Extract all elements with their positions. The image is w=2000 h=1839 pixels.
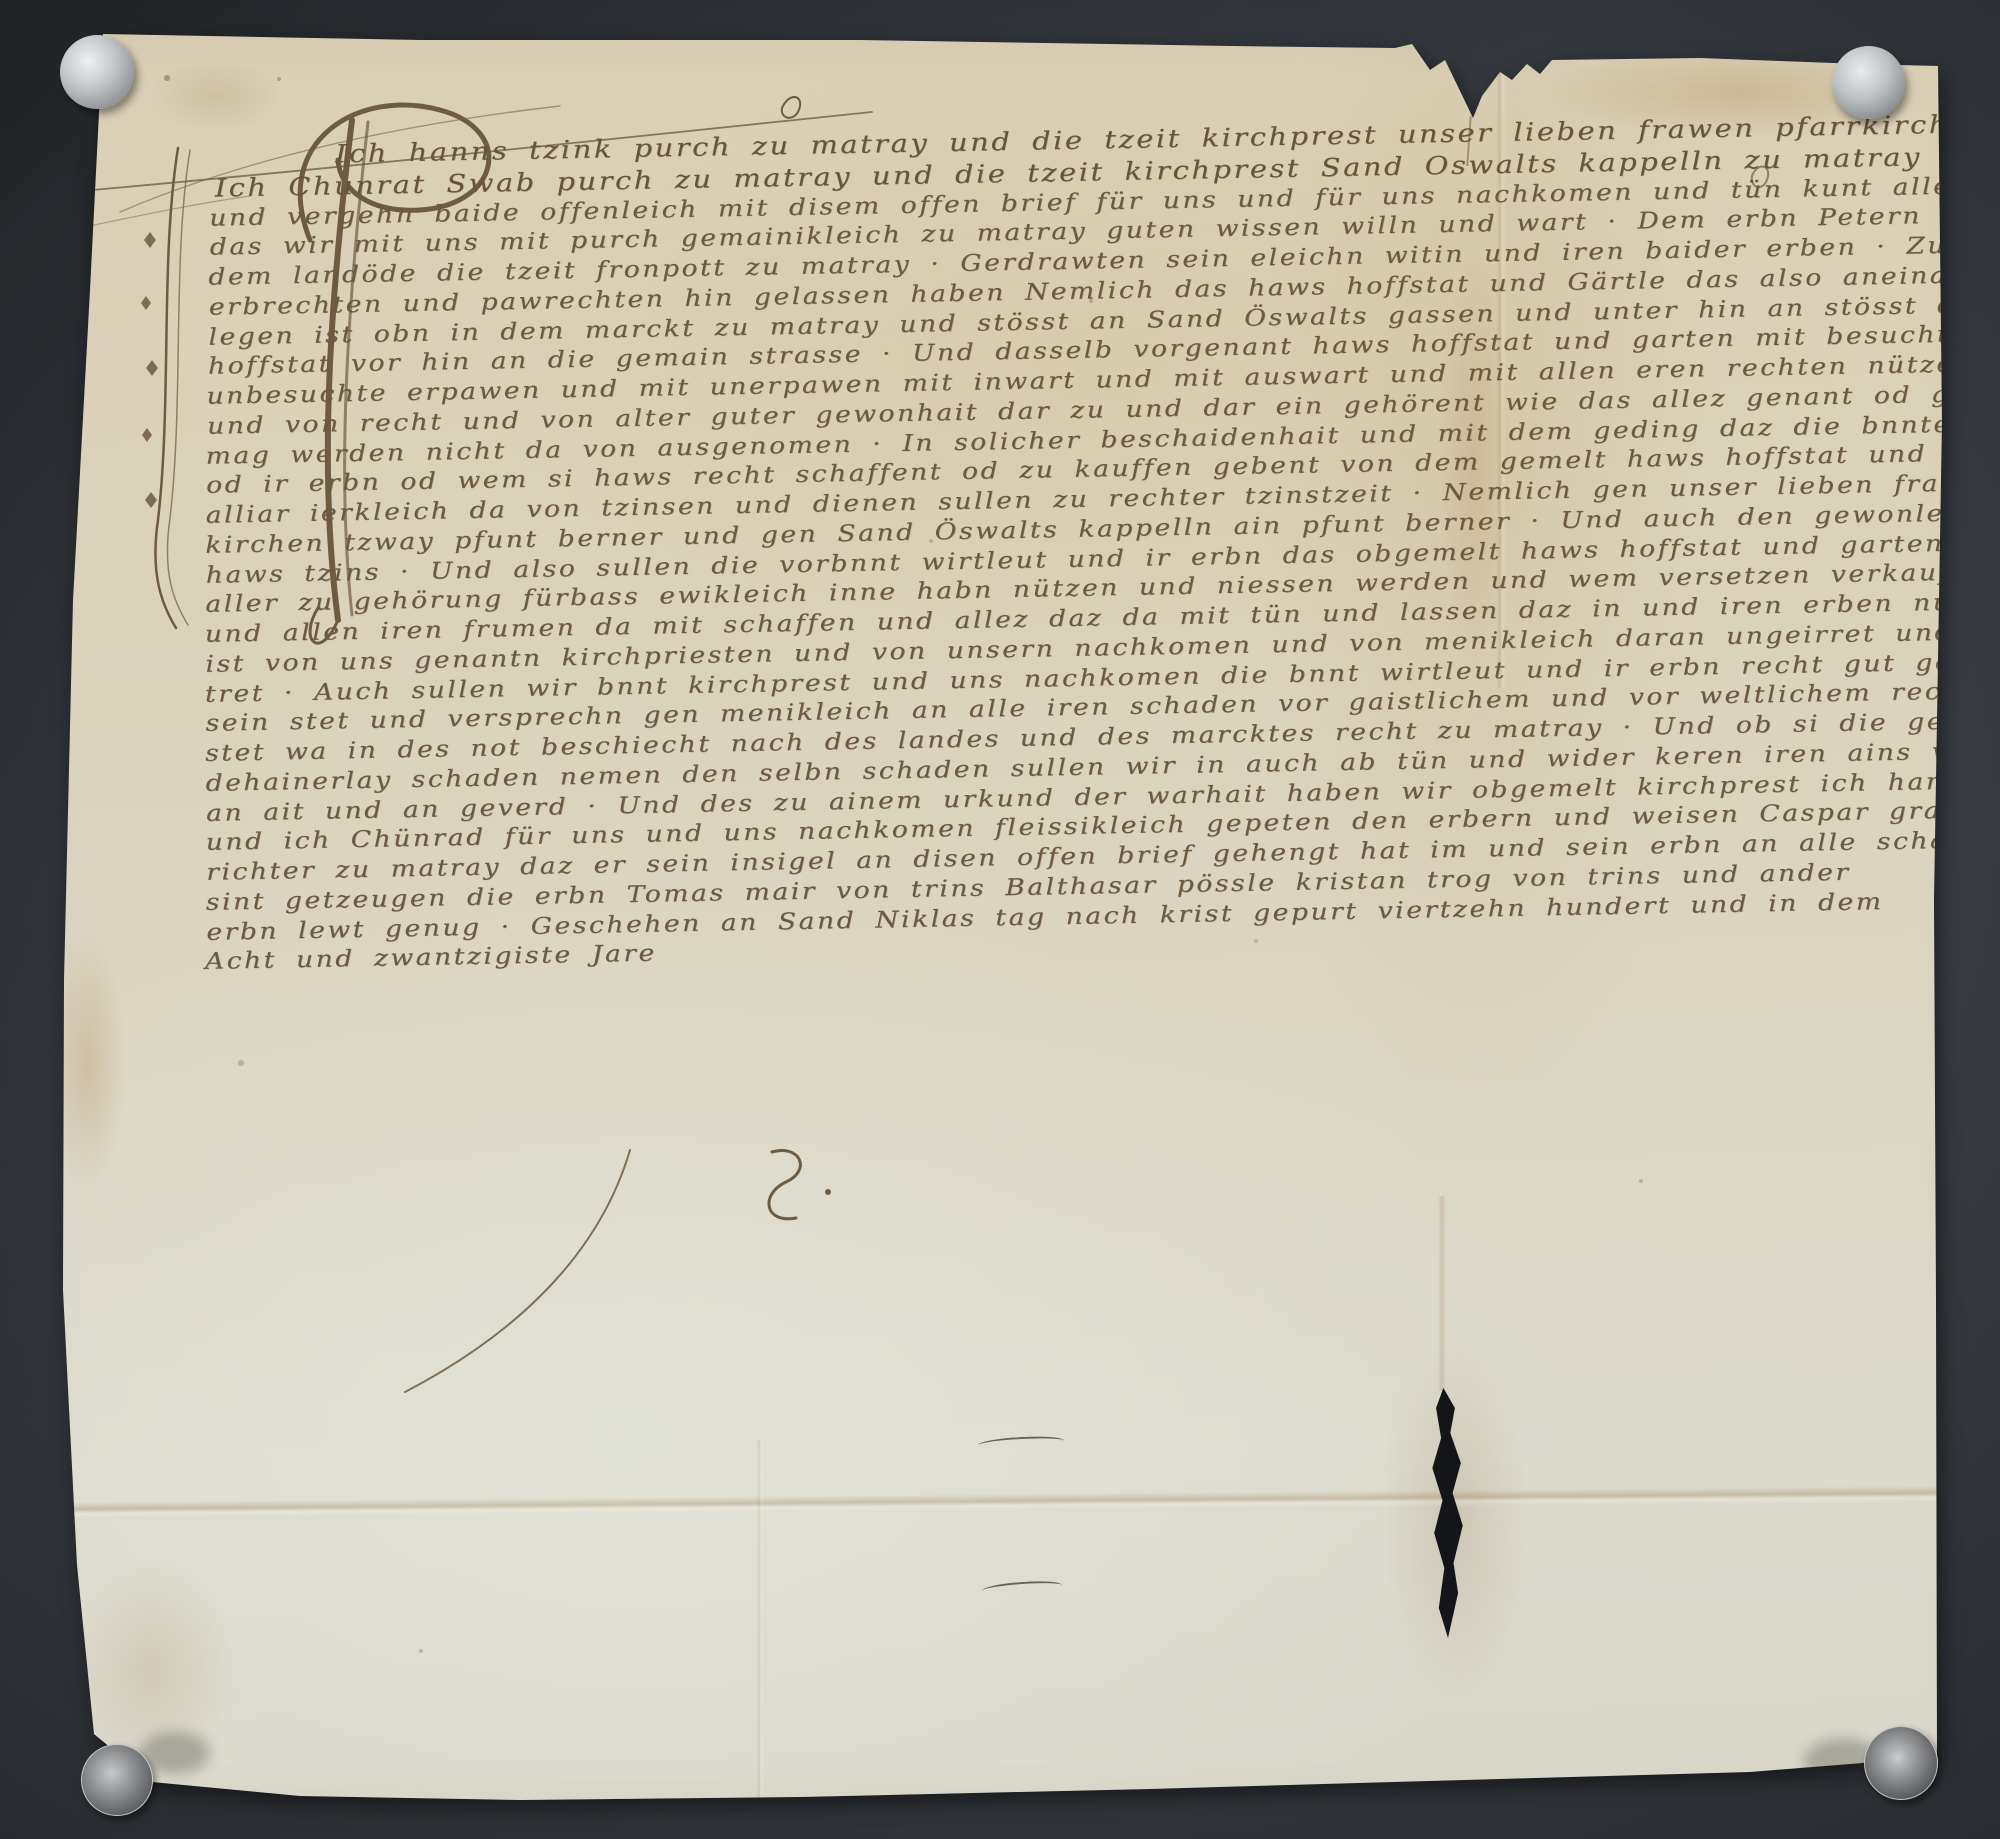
stain-left-edge xyxy=(48,930,126,1200)
parchment-shadow-wrap: Ich hanns tzink purch zu matray und die … xyxy=(0,0,2000,1839)
parchment-charter: Ich hanns tzink purch zu matray und die … xyxy=(0,0,2000,1839)
parchment-slit-hole xyxy=(1425,1388,1471,1638)
metal-weight-pin-bottom-right xyxy=(1864,1726,1938,1800)
vertical-crease-above-hole xyxy=(1438,1196,1446,1391)
horizontal-fold-crease xyxy=(60,1486,1940,1518)
pen-dash-lower xyxy=(982,1579,1062,1591)
metal-weight-pin-top-right xyxy=(1832,46,1905,119)
vertical-crease-lower xyxy=(756,1440,764,1800)
metal-weight-pin-bottom-left xyxy=(81,1744,153,1816)
stain-top-left xyxy=(150,58,280,132)
charter-text-block: Ich hanns tzink purch zu matray und die … xyxy=(150,98,1966,1001)
metal-weight-pin-top-left xyxy=(60,35,134,109)
photo-backdrop: Ich hanns tzink purch zu matray und die … xyxy=(0,0,2000,1839)
pen-dash-upper xyxy=(978,1435,1064,1445)
ink-speck-dots xyxy=(0,0,2,2)
charter-line: Acht und zwantzigiste Jare xyxy=(205,941,657,975)
